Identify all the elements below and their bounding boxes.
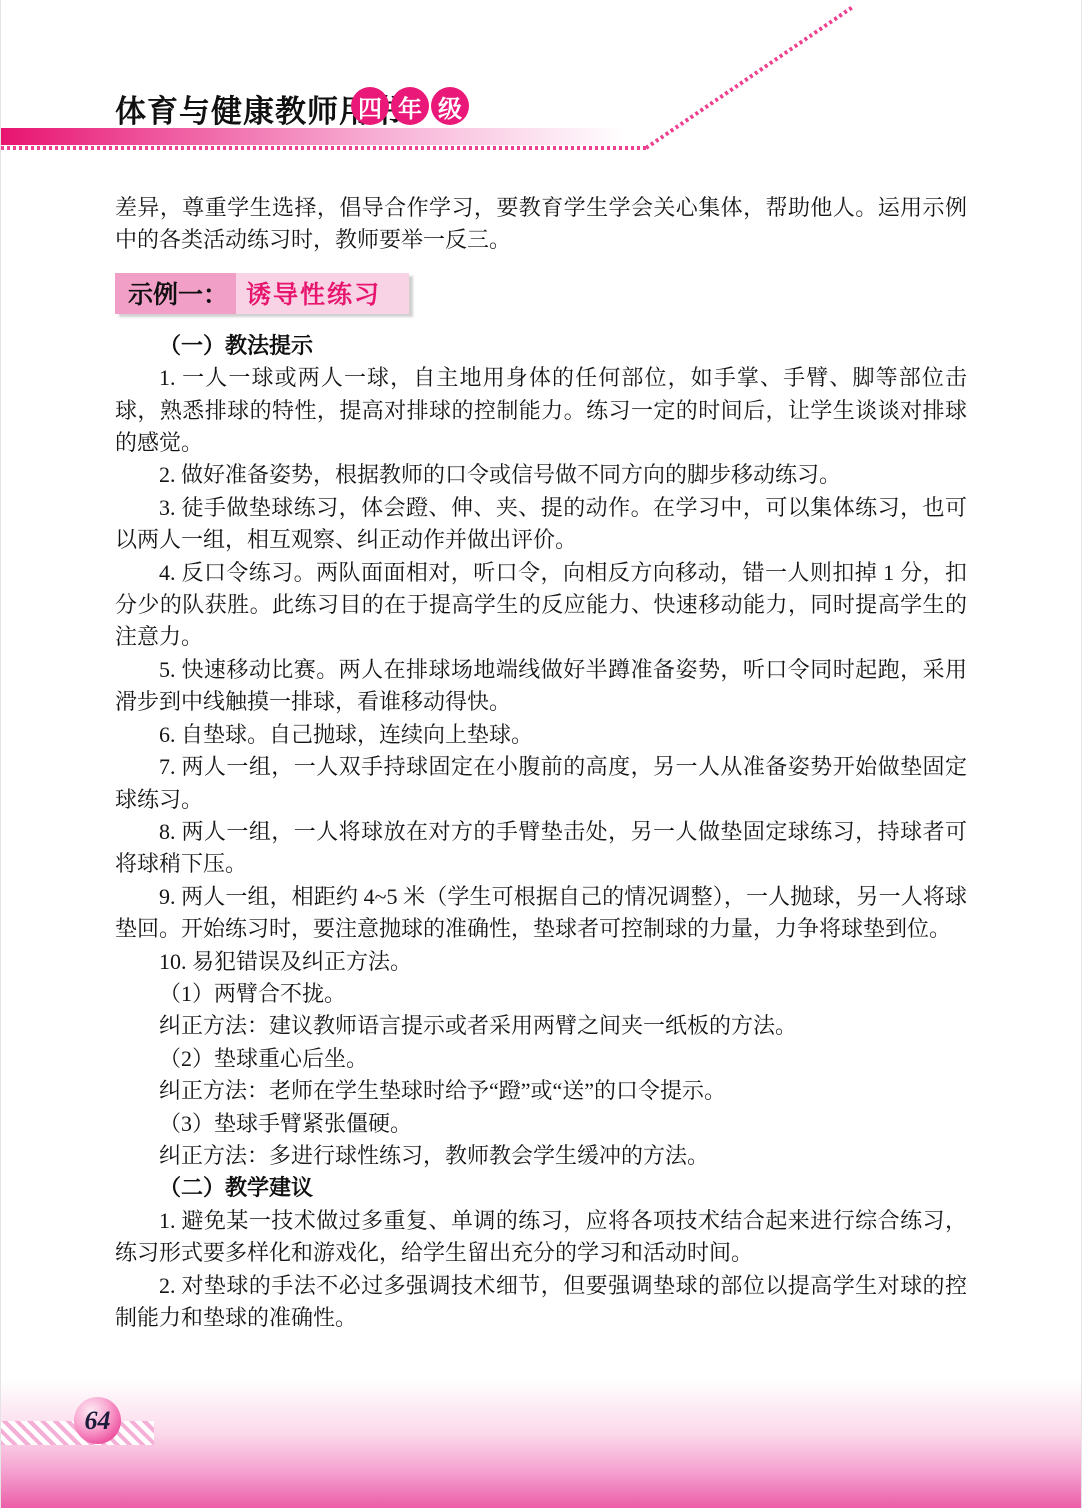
paragraph: 5. 快速移动比赛。两人在排球场地端线做好半蹲准备姿势，听口令同时起跑，采用滑步… bbox=[115, 654, 967, 719]
page-footer: 64 bbox=[0, 1380, 1082, 1508]
grade-circle-icon: 级 bbox=[431, 87, 469, 125]
paragraph: 6. 自垫球。自己抛球，连续向上垫球。 bbox=[115, 719, 967, 751]
header-gradient-bar bbox=[1, 128, 681, 145]
grade-badge: 四 年 级 bbox=[351, 87, 469, 125]
paragraph: 2. 做好准备姿势，根据教师的口令或信号做不同方向的脚步移动练习。 bbox=[115, 459, 967, 491]
example-badge-label: 示例一： bbox=[115, 273, 236, 314]
paragraph: 10. 易犯错误及纠正方法。 bbox=[115, 946, 967, 978]
paragraph: 4. 反口令练习。两队面面相对，听口令，向相反方向移动，错一人则扣掉 1 分，扣… bbox=[115, 557, 967, 654]
textbook-page: 体育与健康教师用书 四 年 级 差异，尊重学生选择，倡导合作学习，要教育学生学会… bbox=[0, 0, 1082, 1508]
paragraph: （3）垫球手臂紧张僵硬。 bbox=[115, 1108, 967, 1140]
paragraph: 纠正方法：多进行球性练习，教师教会学生缓冲的方法。 bbox=[115, 1140, 967, 1172]
paragraph: 1. 一人一球或两人一球，自主地用身体的任何部位，如手掌、手臂、脚等部位击球，熟… bbox=[115, 362, 967, 459]
paragraph: 纠正方法：老师在学生垫球时给予“蹬”或“送”的口令提示。 bbox=[115, 1075, 967, 1107]
paragraph: 纠正方法：建议教师语言提示或者采用两臂之间夹一纸板的方法。 bbox=[115, 1010, 967, 1042]
section-heading: （一）教法提示 bbox=[115, 330, 967, 362]
section-heading: （二）教学建议 bbox=[115, 1172, 967, 1204]
paragraph: 7. 两人一组，一人双手持球固定在小腹前的高度，另一人从准备姿势开始做垫固定球练… bbox=[115, 751, 967, 816]
dotted-diagonal-line bbox=[645, 4, 855, 149]
grade-circle-icon: 四 bbox=[351, 87, 389, 125]
paragraph: 9. 两人一组，相距约 4~5 米（学生可根据自己的情况调整），一人抛球，另一人… bbox=[115, 881, 967, 946]
paragraph: （2）垫球重心后坐。 bbox=[115, 1043, 967, 1075]
example-badge: 示例一：诱导性练习 bbox=[115, 273, 409, 314]
paragraph: 2. 对垫球的手法不必过多强调技术细节，但要强调垫球的部位以提高学生对球的控制能… bbox=[115, 1270, 967, 1335]
page-content: 差异，尊重学生选择，倡导合作学习，要教育学生学会关心集体，帮助他人。运用示例中的… bbox=[115, 192, 967, 1334]
paragraph: 差异，尊重学生选择，倡导合作学习，要教育学生学会关心集体，帮助他人。运用示例中的… bbox=[115, 192, 967, 257]
paragraph: 1. 避免某一技术做过多重复、单调的练习，应将各项技术结合起来进行综合练习，练习… bbox=[115, 1205, 967, 1270]
dotted-divider-line bbox=[1, 146, 647, 150]
paragraph: 8. 两人一组，一人将球放在对方的手臂垫击处，另一人做垫固定球练习，持球者可将球… bbox=[115, 816, 967, 881]
grade-circle-icon: 年 bbox=[391, 87, 429, 125]
example-badge-title: 诱导性练习 bbox=[236, 273, 409, 314]
page-number: 64 bbox=[85, 1406, 111, 1436]
page-number-ball: 64 bbox=[74, 1397, 121, 1444]
paragraph: 3. 徒手做垫球练习，体会蹬、伸、夹、提的动作。在学习中，可以集体练习，也可以两… bbox=[115, 492, 967, 557]
paragraph: （1）两臂合不拢。 bbox=[115, 978, 967, 1010]
